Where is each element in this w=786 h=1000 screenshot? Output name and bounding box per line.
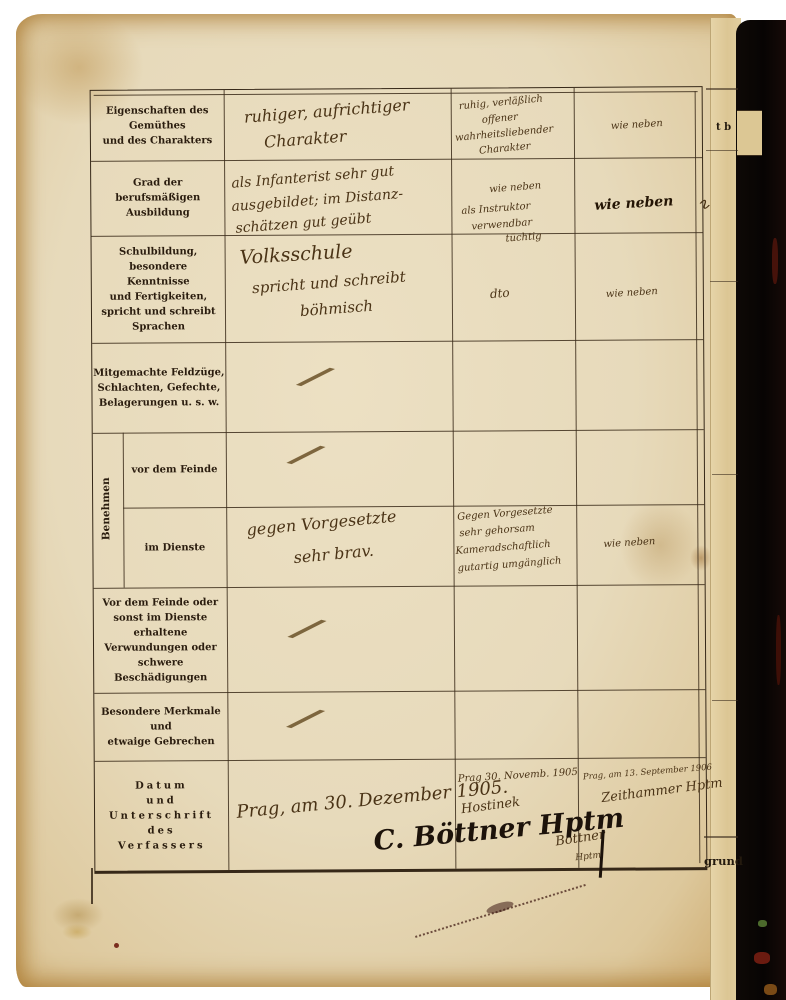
edge-line-fragment [704,836,738,838]
binding-fleck-red [754,952,770,964]
qualification-table: Eigenschaften des Gemüthesund des Charak… [90,86,708,874]
table-line [574,88,580,868]
entry-charakter-line1: ruhiger, aufrichtiger [243,95,410,127]
scanned-document-photo: t b grund ∿ Eigenschaften des Gemüthesun… [0,0,786,1000]
entry-ausbildung-col3-line2: als Instruktor [461,201,531,217]
edge-line-fragment [710,281,738,282]
adjacent-page-corner-tab [737,110,762,156]
edge-text-fragment: t b [716,122,731,133]
entry-ausbildung-col3-line4: tüchtig [505,231,542,245]
edge-line-fragment [706,88,738,90]
entry-ausbildung-col3-line1: wie neben [489,180,542,195]
edge-line-fragment [712,700,738,701]
row-label-feldzuege: Mitgemachte Feldzüge,Schlachten, Gefecht… [92,342,226,433]
entry-dto: dto [489,286,510,301]
row-label-schulbildung: Schulbildung, besondereKenntnisseund Fer… [92,235,226,343]
entry-charakter-line2: Charakter [263,126,347,151]
entry-wie-neben: wie neben [603,536,656,550]
entry-dash: ∕ [292,609,323,648]
entry-ausbildung-line2: ausgebildet; im Distanz- [231,186,404,215]
entry-charakter-col3-line4: Charakter [479,141,531,157]
entry-im-dienste-col3-line3: Kameradschaftlich [455,539,551,557]
row-label-ausbildung: Grad der berufsmäßigenAusbildung [91,160,224,236]
binding-fleck [776,615,781,685]
black-backing [736,20,786,1000]
entry-charakter-col3-line2: offener [481,112,518,126]
entry-wie-neben: wie neben [611,118,664,132]
binding-fleck-brown [764,984,777,995]
entry-dash: ∕ [290,435,321,474]
signature-rank-small: Hptm [575,850,602,863]
row-label-benehmen: Benehmen [100,474,112,544]
entry-charakter-col3-line3: wahrheitsliebender [455,124,554,144]
entry-ausbildung-col3-line3: verwendbar [471,217,532,233]
table-line-stub [91,868,93,904]
edge-line-fragment [706,150,738,151]
entry-dash: ∕ [290,699,321,738]
entry-im-dienste-col3-line2: sehr gehorsam [459,523,535,540]
row-label-eigenschaften: Eigenschaften des Gemüthesund des Charak… [91,90,224,161]
entry-wie-neben: wie neben [606,286,659,300]
entry-im-dienste-col3-line4: gutartig umgänglich [457,555,562,574]
entry-im-dienste-line1: gegen Vorgesetzte [246,507,397,540]
edge-line-fragment [712,474,738,475]
table-line [451,89,457,869]
signature-zeithammer: Zeithammer Hptm [600,776,723,807]
entry-charakter-col3-line1: ruhig, verläßlich [458,93,543,112]
row-label-datum-unterschrift: DatumundUnterschriftdesVerfassers [95,760,229,871]
entry-volksschule: Volksschule [239,240,353,269]
row-label-verwundungen: Vor dem Feinde odersonst im Dienste erha… [94,587,228,693]
row-label-vor-dem-feinde: vor dem Feinde [123,432,226,508]
entry-dash: ∕ [300,357,331,396]
entry-wie-neben-bold: wie neben [594,193,674,214]
row-label-im-dienste: im Dienste [123,507,226,588]
binding-fleck-green [758,920,767,927]
entry-spricht-schreibt: spricht und schreibt [251,268,406,298]
entry-im-dienste-col3-line1: Gegen Vorgesetzte [457,505,553,523]
row-label-merkmale: Besondere Merkmale undetwaige Gebrechen [94,692,227,761]
edge-text-fragment: grund [704,854,743,868]
binding-fleck [772,238,778,284]
entry-im-dienste-line2: sehr brav. [293,541,375,567]
entry-boehmisch: böhmisch [299,297,373,320]
entry-ausbildung-line3: schätzen gut geübt [235,210,372,236]
